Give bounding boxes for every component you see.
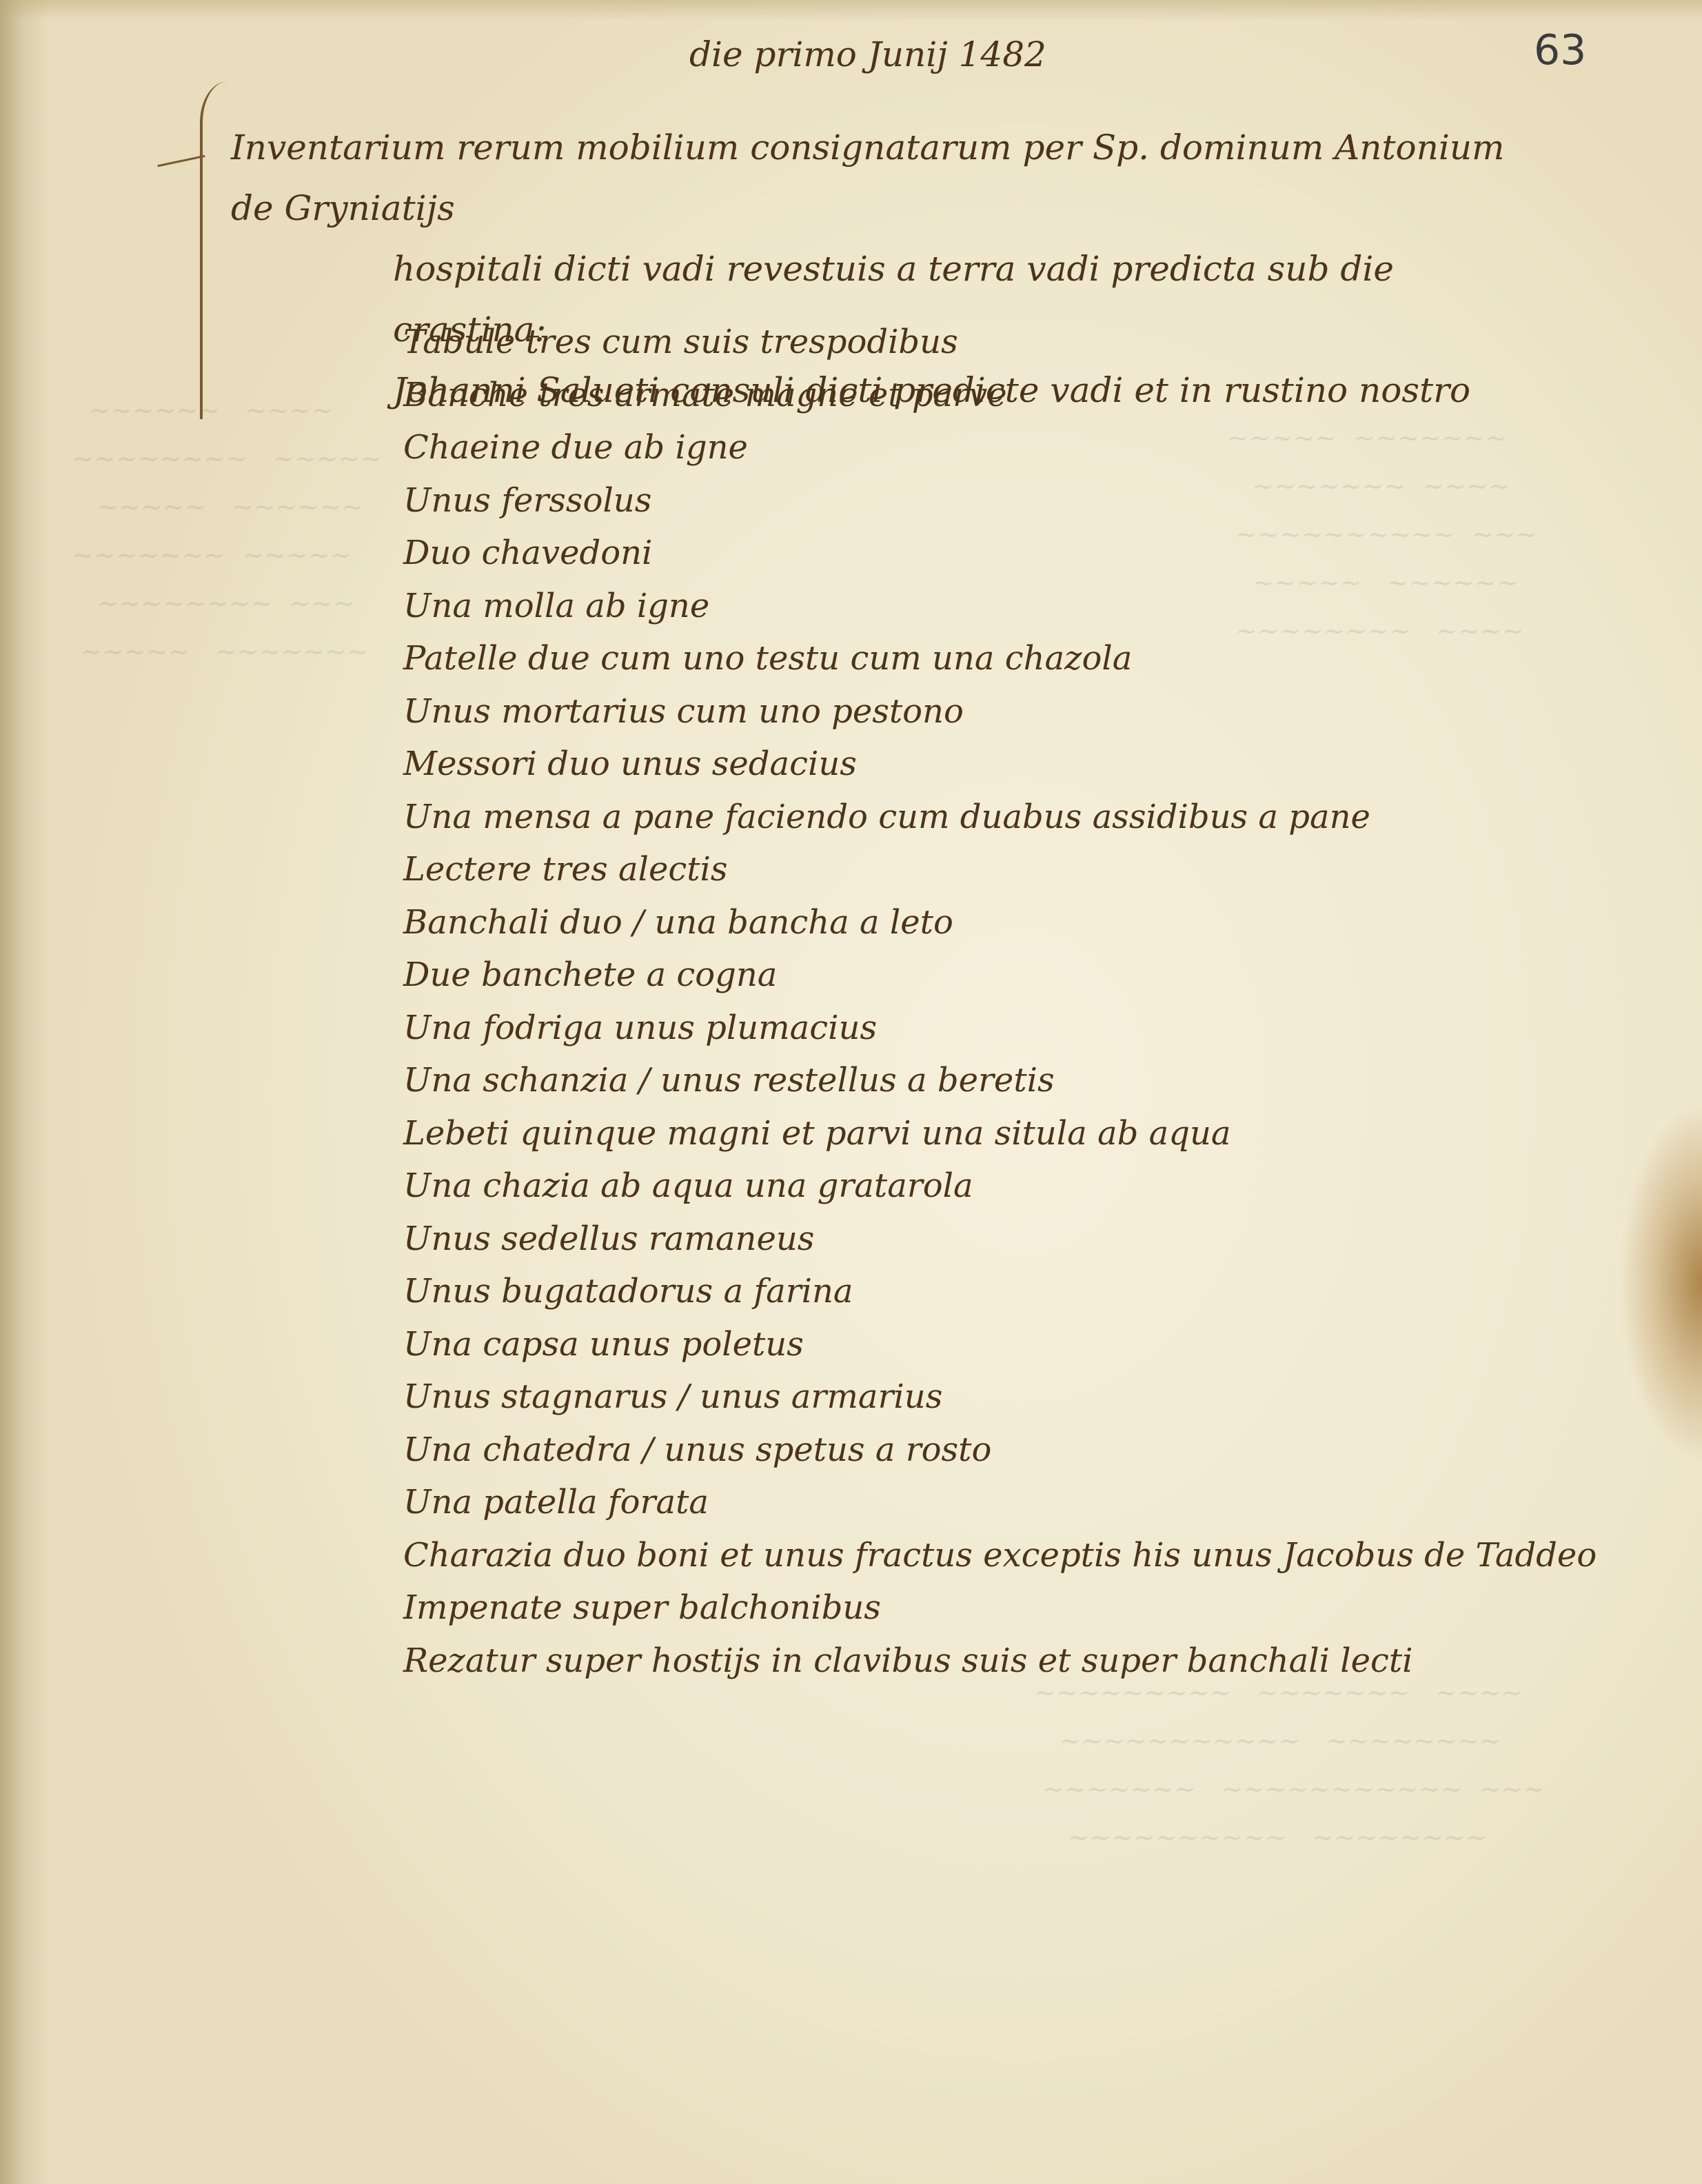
- inventory-item: Tabule tres cum suis trespodibus: [403, 316, 1597, 369]
- inventory-item: Una patella forata: [403, 1476, 1597, 1529]
- inventory-item: Duo chavedoni: [403, 527, 1597, 580]
- inventory-item: Charazia duo boni et unus fractus except…: [403, 1529, 1597, 1582]
- inventory-item: Una fodriga unus plumacius: [403, 1002, 1597, 1055]
- inventory-item: Una schanzia / unus restellus a beretis: [403, 1054, 1597, 1107]
- heading-bracket: [200, 81, 230, 419]
- page-top-edge: [0, 0, 1702, 21]
- inventory-item: Unus stagnarus / unus armarius: [403, 1371, 1597, 1424]
- inventory-item: Unus sedellus ramaneus: [403, 1213, 1597, 1266]
- bleed-through-bottom: ~~~~~~~~~ ~~~~~~~ ~~~~ ~~~~~~~~~~~ ~~~~~…: [1034, 1668, 1545, 1861]
- binding-shadow: [0, 0, 48, 2184]
- inventory-item: Patelle due cum uno testu cum una chazol…: [403, 632, 1597, 685]
- inventory-item: Unus ferssolus: [403, 474, 1597, 527]
- inventory-item: Banchali duo / una bancha a leto: [403, 896, 1597, 949]
- inventory-item: Messori duo unus sedacius: [403, 738, 1597, 791]
- inventory-item: Chaeine due ab igne: [403, 421, 1597, 474]
- inventory-item: Unus bugatadorus a farina: [403, 1265, 1597, 1318]
- bracket-tick: [157, 155, 205, 167]
- folio-number: 63: [1534, 26, 1586, 74]
- inventory-item: Impenate super balchonibus: [403, 1581, 1597, 1635]
- inventory-item: Rezatur super hostijs in clavibus suis e…: [403, 1635, 1597, 1688]
- inventory-item: Una mensa a pane faciendo cum duabus ass…: [403, 791, 1597, 844]
- inventory-item: Banche tres armate magne et parve: [403, 369, 1597, 422]
- inventory-item: Una molla ab igne: [403, 580, 1597, 633]
- inventory-item: Lectere tres alectis: [403, 843, 1597, 896]
- bleed-through-left: ~~~~~~ ~~~~ ~~~~~~~~ ~~~~~ ~~~~~ ~~~~~~ …: [55, 386, 382, 676]
- inventory-item: Lebeti quinque magni et parvi una situla…: [403, 1107, 1597, 1160]
- inventory-item: Due banchete a cogna: [403, 949, 1597, 1002]
- date-line: die primo Junij 1482: [689, 34, 1046, 74]
- inventory-item: Una capsa unus poletus: [403, 1318, 1597, 1371]
- inventory-item: Una chazia ab aqua una gratarola: [403, 1160, 1597, 1213]
- inventory-list: Tabule tres cum suis trespodibus Banche …: [403, 316, 1597, 1687]
- manuscript-page: ~~~~~~ ~~~~ ~~~~~~~~ ~~~~~ ~~~~~ ~~~~~~ …: [0, 0, 1702, 2184]
- inventory-item: Una chatedra / unus spetus a rosto: [403, 1424, 1597, 1477]
- inventory-item: Unus mortarius cum uno pestono: [403, 685, 1597, 738]
- heading-line: Inventarium rerum mobilium consignatarum…: [231, 117, 1527, 239]
